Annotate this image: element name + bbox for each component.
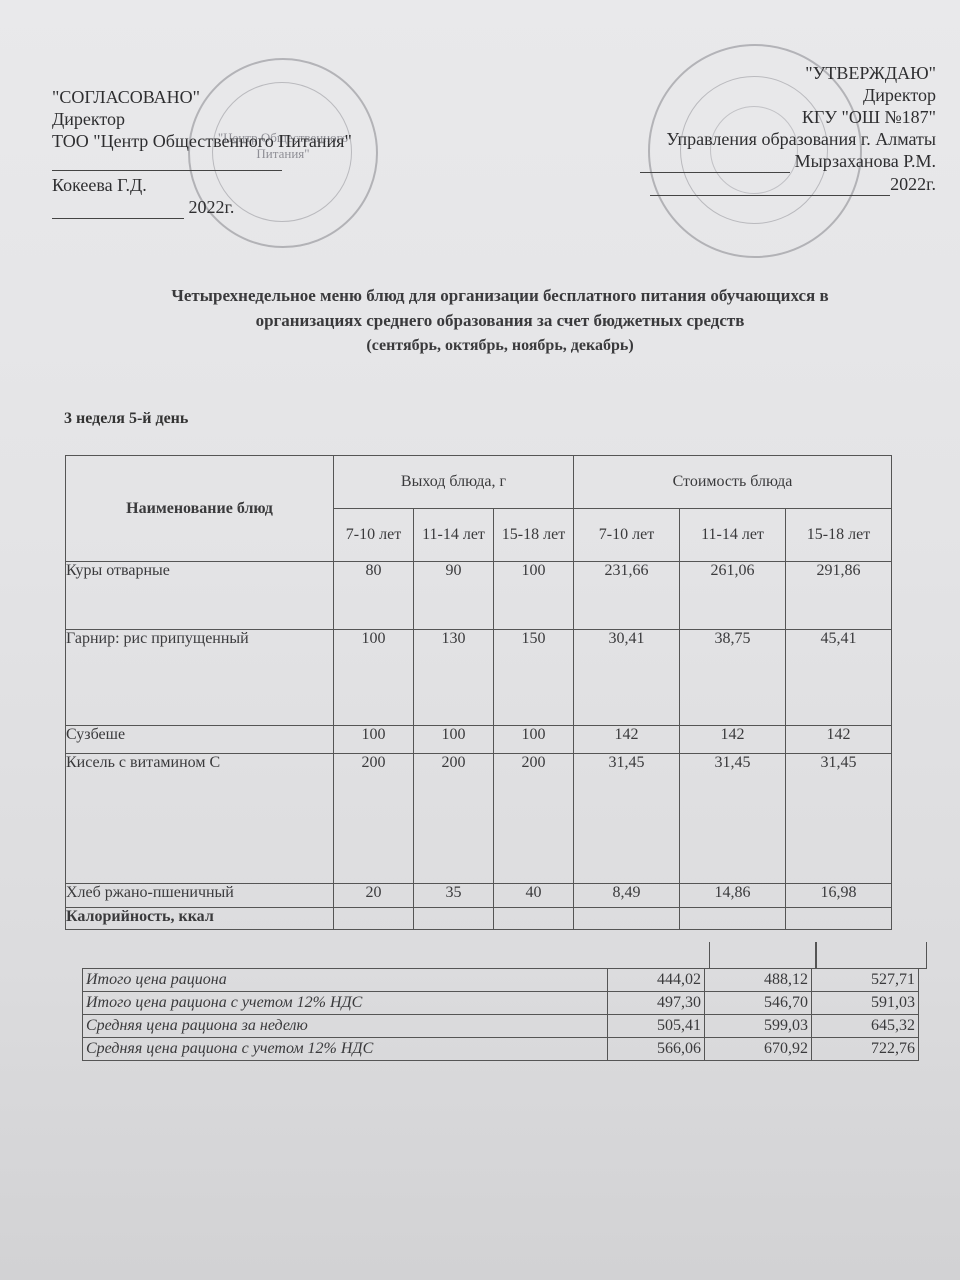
yield-value: 20 — [334, 884, 414, 908]
column-header-cost-age: 7-10 лет — [574, 509, 680, 562]
yield-value: 100 — [494, 726, 574, 754]
totals-value: 505,41 — [608, 1015, 705, 1038]
agreed-date: 2022г. — [189, 197, 235, 217]
yield-value: 100 — [494, 562, 574, 630]
totals-row: Средняя цена рациона с учетом 12% НДС 56… — [83, 1038, 919, 1061]
totals-row: Средняя цена рациона за неделю 505,41 59… — [83, 1015, 919, 1038]
title-line-1: Четырехнедельное меню блюд для организац… — [60, 283, 940, 308]
date-line — [52, 196, 184, 219]
cost-value: 38,75 — [680, 630, 786, 726]
menu-table: Наименование блюд Выход блюда, г Стоимос… — [65, 455, 892, 930]
totals-value: 488,12 — [705, 969, 812, 992]
approved-position: Директор — [640, 84, 936, 106]
calories-value — [680, 908, 786, 930]
column-group-yield: Выход блюда, г — [334, 456, 574, 509]
approved-department: Управления образования г. Алматы — [640, 128, 936, 150]
calories-row: Калорийность, ккал — [66, 908, 892, 930]
cost-value: 8,49 — [574, 884, 680, 908]
totals-value: 497,30 — [608, 992, 705, 1015]
title-line-3: (сентябрь, октябрь, ноябрь, декабрь) — [60, 333, 940, 358]
calories-value — [414, 908, 494, 930]
totals-table: Итого цена рациона 444,02 488,12 527,71 … — [82, 968, 919, 1061]
cost-value: 31,45 — [574, 754, 680, 884]
totals-label: Итого цена рациона с учетом 12% НДС — [83, 992, 608, 1015]
yield-value: 100 — [334, 726, 414, 754]
cost-value: 231,66 — [574, 562, 680, 630]
column-header-yield-age: 7-10 лет — [334, 509, 414, 562]
totals-label: Средняя цена рациона за неделю — [83, 1015, 608, 1038]
approved-name: Мырзаханова Р.М. — [795, 151, 936, 171]
dish-name: Куры отварные — [66, 562, 334, 630]
totals-value: 645,32 — [812, 1015, 919, 1038]
cost-value: 261,06 — [680, 562, 786, 630]
dish-name: Сузбеше — [66, 726, 334, 754]
totals-value: 546,70 — [705, 992, 812, 1015]
cost-value: 142 — [680, 726, 786, 754]
calories-label: Калорийность, ккал — [66, 908, 334, 930]
table-row: Кисель с витамином С 200 200 200 31,45 3… — [66, 754, 892, 884]
dish-name: Кисель с витамином С — [66, 754, 334, 884]
yield-value: 200 — [334, 754, 414, 884]
cost-value: 31,45 — [786, 754, 892, 884]
cost-value: 142 — [786, 726, 892, 754]
calories-value — [786, 908, 892, 930]
document-title: Четырехнедельное меню блюд для организац… — [60, 283, 940, 358]
date-line — [650, 173, 890, 196]
totals-value: 599,03 — [705, 1015, 812, 1038]
cost-value: 291,86 — [786, 562, 892, 630]
approved-organization: КГУ "ОШ №187" — [640, 106, 936, 128]
totals-value: 566,06 — [608, 1038, 705, 1061]
table-row: Гарнир: рис припущенный 100 130 150 30,4… — [66, 630, 892, 726]
yield-value: 90 — [414, 562, 494, 630]
yield-value: 100 — [334, 630, 414, 726]
empty-cell — [709, 942, 817, 969]
approved-heading: "УТВЕРЖДАЮ" — [640, 62, 936, 84]
table-row: Сузбеше 100 100 100 142 142 142 — [66, 726, 892, 754]
dish-name: Хлеб ржано-пшеничный — [66, 884, 334, 908]
table-row: Хлеб ржано-пшеничный 20 35 40 8,49 14,86… — [66, 884, 892, 908]
yield-value: 130 — [414, 630, 494, 726]
yield-value: 150 — [494, 630, 574, 726]
column-header-yield-age: 15-18 лет — [494, 509, 574, 562]
agreed-organization: ТОО "Центр Общественного Питания" — [52, 130, 352, 152]
totals-value: 527,71 — [812, 969, 919, 992]
cost-value: 14,86 — [680, 884, 786, 908]
calories-value — [494, 908, 574, 930]
yield-value: 40 — [494, 884, 574, 908]
calories-value — [574, 908, 680, 930]
column-group-cost: Стоимость блюда — [574, 456, 892, 509]
totals-value: 722,76 — [812, 1038, 919, 1061]
totals-label: Итого цена рациона — [83, 969, 608, 992]
yield-value: 200 — [414, 754, 494, 884]
totals-row: Итого цена рациона 444,02 488,12 527,71 — [83, 969, 919, 992]
agreed-heading: "СОГЛАСОВАНО" — [52, 86, 352, 108]
agreed-name: Кокеева Г.Д. — [52, 174, 352, 196]
cost-value: 142 — [574, 726, 680, 754]
table-row: Куры отварные 80 90 100 231,66 261,06 29… — [66, 562, 892, 630]
yield-value: 200 — [494, 754, 574, 884]
signature-line — [52, 152, 282, 171]
week-day-label: 3 неделя 5-й день — [64, 410, 188, 428]
approval-block-approved: "УТВЕРЖДАЮ" Директор КГУ "ОШ №187" Управ… — [640, 62, 936, 196]
cost-value: 16,98 — [786, 884, 892, 908]
yield-value: 80 — [334, 562, 414, 630]
column-header-cost-age: 15-18 лет — [786, 509, 892, 562]
totals-value: 670,92 — [705, 1038, 812, 1061]
yield-value: 100 — [414, 726, 494, 754]
yield-value: 35 — [414, 884, 494, 908]
calories-value — [334, 908, 414, 930]
totals-row: Итого цена рациона с учетом 12% НДС 497,… — [83, 992, 919, 1015]
signature-line — [640, 150, 790, 173]
cost-value: 30,41 — [574, 630, 680, 726]
title-line-2: организациях среднего образования за сче… — [60, 308, 940, 333]
dish-name: Гарнир: рис припущенный — [66, 630, 334, 726]
approval-block-agreed: "СОГЛАСОВАНО" Директор ТОО "Центр Общест… — [52, 86, 352, 219]
column-header-cost-age: 11-14 лет — [680, 509, 786, 562]
column-header-yield-age: 11-14 лет — [414, 509, 494, 562]
approved-date: 2022г. — [890, 174, 936, 194]
totals-label: Средняя цена рациона с учетом 12% НДС — [83, 1038, 608, 1061]
column-header-dish-name: Наименование блюд — [66, 456, 334, 562]
cost-value: 31,45 — [680, 754, 786, 884]
empty-cell — [815, 942, 927, 969]
agreed-position: Директор — [52, 108, 352, 130]
totals-value: 444,02 — [608, 969, 705, 992]
cost-value: 45,41 — [786, 630, 892, 726]
totals-value: 591,03 — [812, 992, 919, 1015]
